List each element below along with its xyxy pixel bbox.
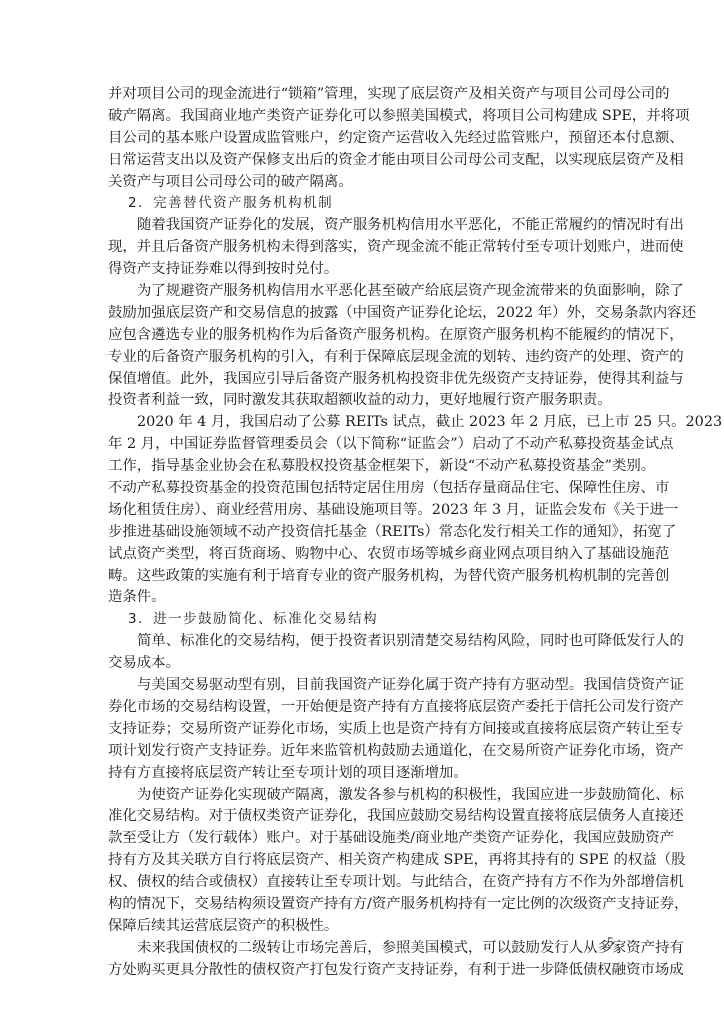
text-line: 造条件。	[108, 587, 615, 609]
text-line: 方处购买更具分散性的债权资产打包发行资产支持证券，有利于进一步降低债权融资市场成	[108, 960, 615, 982]
text-line: 款至受让方（发行载体）账户。对于基础设施类/商业地产类资产证券化，我国应鼓励资产	[108, 828, 615, 850]
text-line: 项计划发行资产支持证券。近年来监管机构鼓励去通道化，在交易所资产证券化市场，资产	[108, 741, 615, 763]
text-line: 关资产与项目公司母公司的破产隔离。	[108, 172, 615, 194]
page-number: 5	[607, 934, 614, 950]
text-line: 鼓励加强底层资产和交易信息的披露（中国资产证券化论坛，2022 年）外，交易条款…	[108, 303, 615, 325]
document-page: 并对项目公司的现金流进行“锁箱”管理，实现了底层资产及相关资产与项目公司母公司的…	[0, 0, 724, 1024]
text-line: 为了规避资产服务机构信用水平恶化甚至破产给底层资产现金流带来的负面影响，除了	[108, 281, 615, 303]
text-line: 试点资产类型，将百货商场、购物中心、农贸市场等城乡商业网点项目纳入了基础设施范	[108, 544, 615, 566]
section-heading: 3．进一步鼓励简化、标准化交易结构	[108, 609, 615, 631]
paragraph: 并对项目公司的现金流进行“锁箱”管理，实现了底层资产及相关资产与项目公司母公司的…	[108, 84, 615, 193]
text-line: 目公司的基本账户设置成监管账户，约定资产运营收入先经过监管账户，预留还本付息额、	[108, 128, 615, 150]
text-line: 专业的后备资产服务机构的引入，有利于保障底层现金流的划转、违约资产的处理、资产的	[108, 347, 615, 369]
text-line: 持有方及其关联方自行将底层资产、相关资产构建成 SPE，再将其持有的 SPE 的…	[108, 850, 615, 872]
text-line: 应包含遴选专业的服务机构作为后备资产服务机构。在原资产服务机构不能履约的情况下，	[108, 325, 615, 347]
text-line: 交易成本。	[108, 653, 615, 675]
text-line: 畴。这些政策的实施有利于培育专业的资产服务机构，为替代资产服务机构机制的完善创	[108, 566, 615, 588]
text-line: 破产隔离。我国商业地产类资产证券化可以参照美国模式，将项目公司构建成 SPE，并…	[108, 106, 615, 128]
paragraph: 随着我国资产证券化的发展，资产服务机构信用水平恶化，不能正常履约的情况时有出现，…	[108, 215, 615, 281]
paragraph: 为使资产证券化实现破产隔离，激发各参与机构的积极性，我国应进一步鼓励简化、标准化…	[108, 785, 615, 938]
paragraph: 与美国交易驱动型有别，目前我国资产证券化属于资产持有方驱动型。我国信贷资产证券化…	[108, 675, 615, 784]
paragraph: 为了规避资产服务机构信用水平恶化甚至破产给底层资产现金流带来的负面影响，除了鼓励…	[108, 281, 615, 412]
text-line: 保值增值。此外，我国应引导后备资产服务机构投资非优先级资产支持证券，使得其利益与	[108, 369, 615, 391]
text-line: 场化租赁住房）、商业经营用房、基础设施项目等。2023 年 3 月，证监会发布《…	[108, 500, 615, 522]
text-line: 权、债权的结合或债权）直接转让至专项计划。与此结合，在资产持有方不作为外部增信机	[108, 872, 615, 894]
text-line: 未来我国债权的二级转让市场完善后，参照美国模式，可以鼓励发行人从多家资产持有	[108, 938, 615, 960]
paragraph: 简单、标准化的交易结构，便于投资者识别清楚交易结构风险，同时也可降低发行人的交易…	[108, 631, 615, 675]
page-body: 并对项目公司的现金流进行“锁箱”管理，实现了底层资产及相关资产与项目公司母公司的…	[108, 84, 615, 982]
text-line: 不动产私募投资基金的投资范围包括特定居住用房（包括存量商品住宅、保障性住房、市	[108, 478, 615, 500]
text-line: 准化交易结构。对于债权类资产证券化，我国应鼓励交易结构设置直接将底层债务人直接还	[108, 806, 615, 828]
text-line: 保障后续其运营底层资产的积极性。	[108, 916, 615, 938]
text-line: 持有方直接将底层资产转让至专项计划的项目逐渐增加。	[108, 763, 615, 785]
text-line: 简单、标准化的交易结构，便于投资者识别清楚交易结构风险，同时也可降低发行人的	[108, 631, 615, 653]
text-line: 得资产支持证券难以得到按时兑付。	[108, 259, 615, 281]
text-line: 步推进基础设施领域不动产投资信托基金（REITs）常态化发行相关工作的通知》，拓…	[108, 522, 615, 544]
text-line: 构的情况下，交易结构须设置资产持有方/资产服务机构持有一定比例的次级资产支持证券…	[108, 894, 615, 916]
paragraph: 2020 年 4 月，我国启动了公募 REITs 试点，截止 2023 年 2 …	[108, 412, 615, 609]
text-line: 现，并且后备资产服务机构未得到落实，资产现金流不能正常转付至专项计划账户，进而使	[108, 237, 615, 259]
text-line: 支持证券；交易所资产证券化市场，实质上也是资产持有方间接或直接将底层资产转让至专	[108, 719, 615, 741]
text-line: 随着我国资产证券化的发展，资产服务机构信用水平恶化，不能正常履约的情况时有出	[108, 215, 615, 237]
text-line: 年 2 月，中国证券监督管理委员会（以下简称“证监会”）启动了不动产私募投资基金…	[108, 434, 615, 456]
text-line: 与美国交易驱动型有别，目前我国资产证券化属于资产持有方驱动型。我国信贷资产证	[108, 675, 615, 697]
text-line: 投资者利益一致，同时激发其获取超额收益的动力，更好地履行资产服务职责。	[108, 390, 615, 412]
text-line: 2020 年 4 月，我国启动了公募 REITs 试点，截止 2023 年 2 …	[108, 412, 615, 434]
text-line: 日常运营支出以及资产保修支出后的资金才能由项目公司母公司支配，以实现底层资产及相	[108, 150, 615, 172]
paragraph: 未来我国债权的二级转让市场完善后，参照美国模式，可以鼓励发行人从多家资产持有方处…	[108, 938, 615, 982]
text-line: 并对项目公司的现金流进行“锁箱”管理，实现了底层资产及相关资产与项目公司母公司的	[108, 84, 615, 106]
text-line: 工作，指导基金业协会在私募股权投资基金框架下，新设“不动产私募投资基金”类别。	[108, 456, 615, 478]
text-line: 为使资产证券化实现破产隔离，激发各参与机构的积极性，我国应进一步鼓励简化、标	[108, 785, 615, 807]
text-line: 券化市场的交易结构设置，一开始便是资产持有方直接将底层资产委托于信托公司发行资产	[108, 697, 615, 719]
section-heading: 2．完善替代资产服务机构机制	[108, 193, 615, 215]
